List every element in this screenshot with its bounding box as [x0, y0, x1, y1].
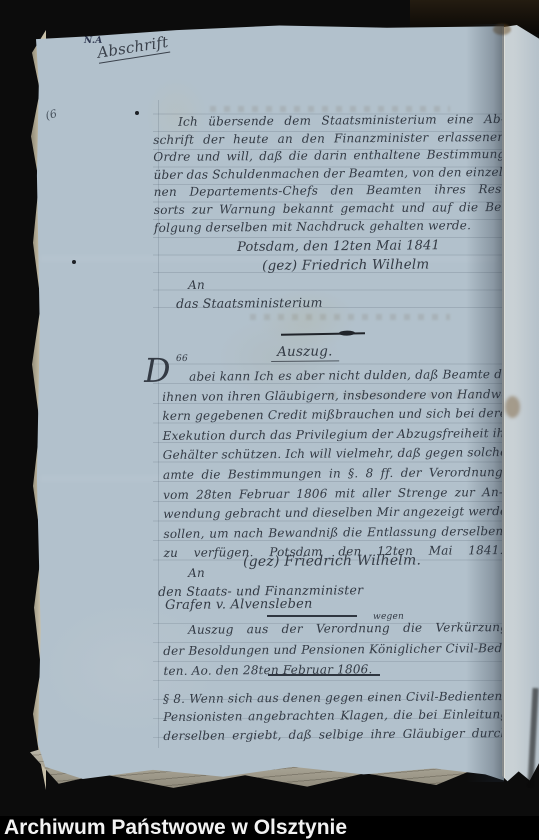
archive-caption-text: Archiwum Państwowe w Olsztynie — [0, 816, 347, 840]
manuscript-line: amte die Bestimmungen in §. 8 ff. der Ve… — [163, 463, 503, 486]
archive-caption-band: Archiwum Państwowe w Olsztynie — [0, 816, 539, 840]
archival-scan: N.A Abschrift (6 Ich übersende dem Staat… — [0, 0, 539, 840]
signature: (gez) Friedrich Wilhelm. — [243, 552, 421, 570]
ink-dot — [72, 260, 76, 264]
royal-order-paragraph: Ich übersende dem Staatsministerium eine… — [153, 111, 506, 237]
manuscript-line: Auszug aus der Verordnung die Verkürzung — [163, 617, 508, 641]
manuscript-line: wendung gebracht und dieselben Mir angez… — [163, 502, 503, 525]
excerpt-paragraph: abei kann Ich es aber nicht dulden, daß … — [162, 365, 504, 564]
signature: (gez) Friedrich Wilhelm — [262, 257, 429, 274]
date-underline — [268, 674, 380, 676]
dateline: Potsdam, den 12ten Mai 1841 — [237, 238, 440, 255]
manuscript-line: ten. Ao. den 28ten Februar 1806. — [163, 658, 508, 682]
ink-dot — [135, 111, 139, 115]
section-number: 66 — [176, 354, 188, 364]
addressee-line: Grafen v. Alvensleben — [165, 597, 313, 613]
ink-bleedthrough — [250, 314, 450, 320]
manuscript-line: folgung derselben mit Nachdruck gehalten… — [154, 216, 506, 237]
paper-stain — [505, 396, 520, 418]
separator-rule — [267, 615, 357, 617]
addressee: das Staatsministerium — [176, 295, 323, 311]
manuscript-line: kern gegebenen Credit mißbrauchen und si… — [162, 404, 502, 427]
regulation-paragraph: § 8. Wenn sich aus denen gegen einen Civ… — [163, 687, 508, 745]
manuscript-line: Pensionisten angebrachten Klagen, die be… — [163, 705, 508, 726]
fold-smudge — [493, 24, 511, 35]
manuscript-line: abei kann Ich es aber nicht dulden, daß … — [162, 365, 502, 388]
excerpt-heading-text: Auszug. — [271, 343, 339, 362]
manuscript-line: derselben ergiebt, daß selbige ihre Gläu… — [163, 724, 508, 745]
salutation: An — [188, 278, 205, 292]
manuscript-line: der Besoldungen und Pensionen Königliche… — [163, 637, 508, 661]
regulation-title: Auszug aus der Verordnung die Verkürzung… — [163, 617, 509, 682]
salutation: An — [188, 566, 205, 580]
excerpt-heading: Auszug. — [271, 343, 339, 360]
